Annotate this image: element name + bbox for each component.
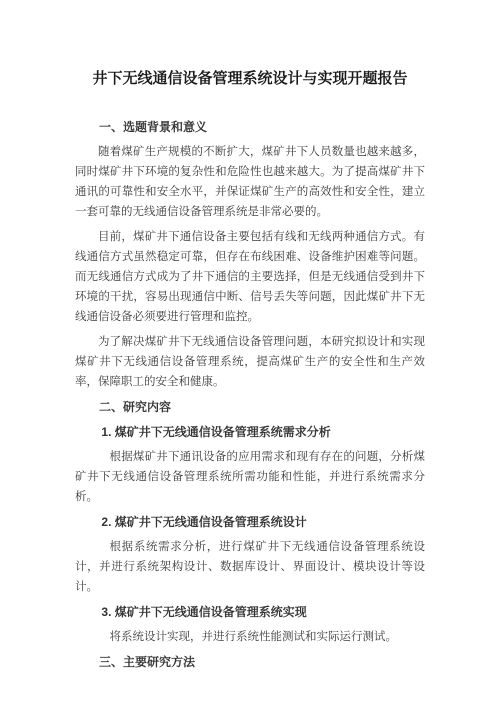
document-page: 井下无线通信设备管理系统设计与实现开题报告 一、选题背景和意义 随着煤矿生产规模… <box>0 0 500 707</box>
paragraph: 目前，煤矿井下通信设备主要包括有线和无线两种通信方式。有线通信方式虽然稳定可靠，… <box>75 227 425 327</box>
section-heading-research-methods: 三、主要研究方法 <box>75 652 425 672</box>
section-heading-research-content: 二、研究内容 <box>75 397 425 417</box>
paragraph: 根据煤矿井下通讯设备的应用需求和现有存在的问题，分析煤矿井下无线通信设备管理系统… <box>75 447 425 507</box>
numbered-item-heading-3: 3. 煤矿井下无线通信设备管理系统实现 <box>75 602 425 622</box>
paragraph: 根据系统需求分析，进行煤矿井下无线通信设备管理系统设计，并进行系统架构设计、数据… <box>75 537 425 597</box>
numbered-item-heading-2: 2. 煤矿井下无线通信设备管理系统设计 <box>75 512 425 532</box>
paragraph: 为了解决煤矿井下无线通信设备管理问题，本研究拟设计和实现煤矿井下无线通信设备管理… <box>75 332 425 392</box>
paragraph: 随着煤矿生产规模的不断扩大，煤矿井下人员数量也越来越多，同时煤矿井下环境的复杂性… <box>75 142 425 222</box>
paragraph: 将系统设计实现，并进行系统性能测试和实际运行测试。 <box>75 627 425 647</box>
numbered-item-heading-1: 1. 煤矿井下无线通信设备管理系统需求分析 <box>75 422 425 442</box>
document-title: 井下无线通信设备管理系统设计与实现开题报告 <box>75 68 425 90</box>
section-heading-background: 一、选题背景和意义 <box>75 117 425 137</box>
